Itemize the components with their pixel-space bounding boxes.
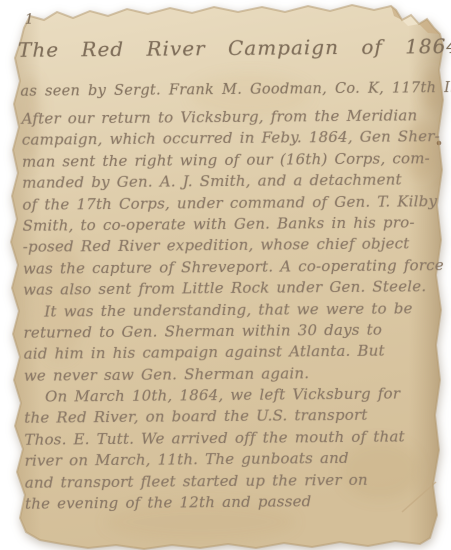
scanned-document: 1 The Red River Campaign of 1864. as see…: [0, 0, 451, 550]
manuscript-paper: [0, 0, 451, 550]
